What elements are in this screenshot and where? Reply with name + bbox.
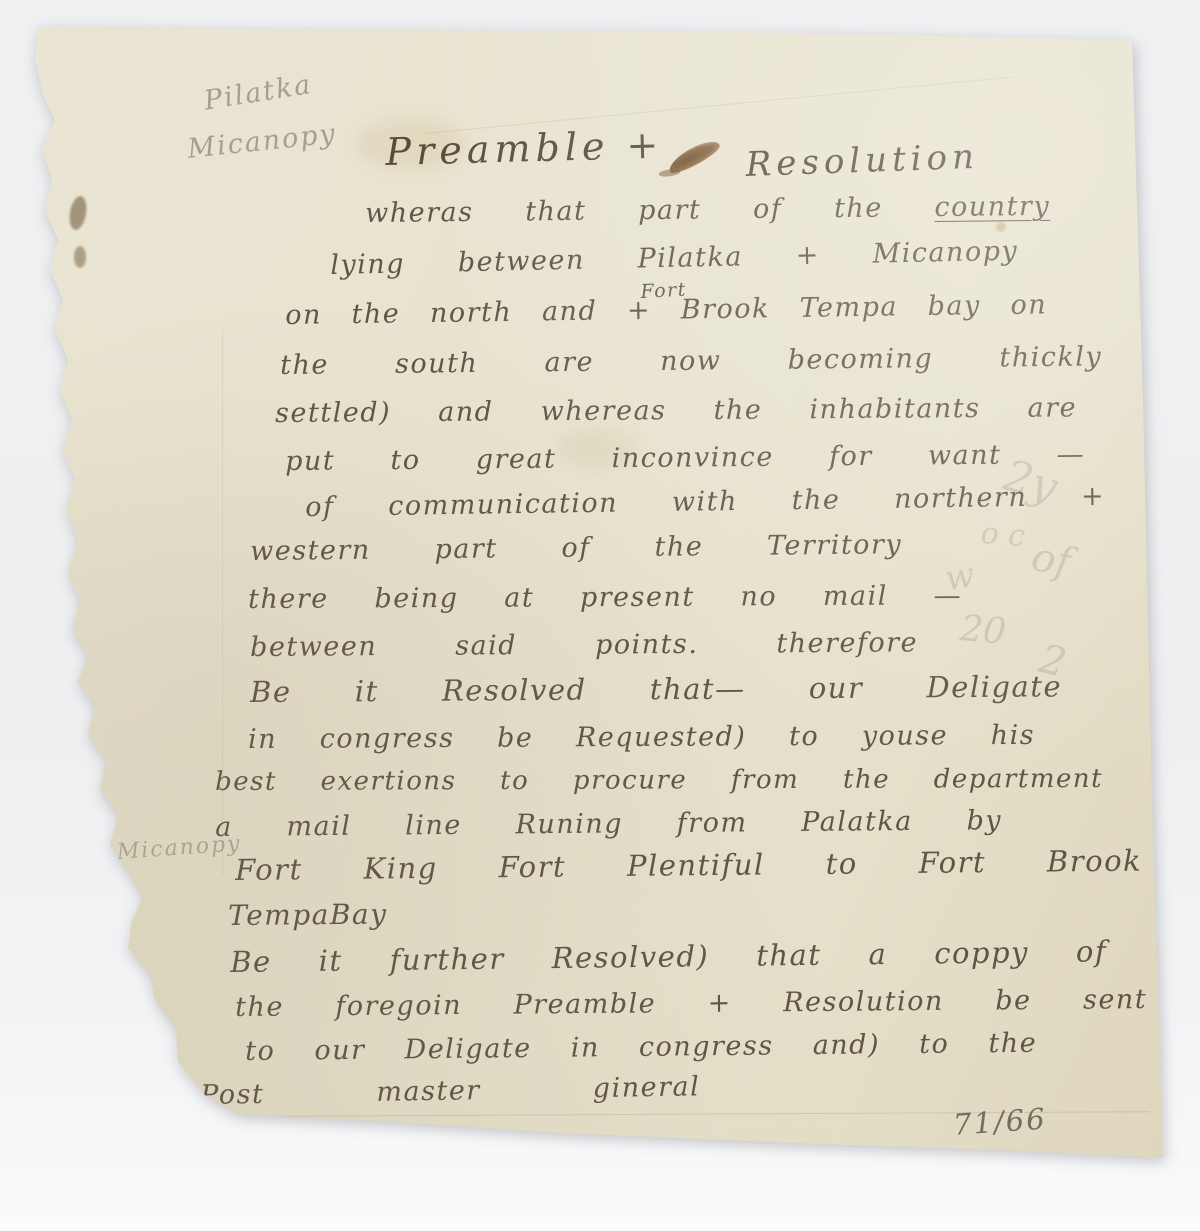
manuscript-line: on the north and + Brook Tempa bay on (285, 289, 1047, 331)
scanned-document-page: Pilatka Micanopy Micanopy 71/66 2y o c o… (0, 0, 1200, 1231)
manuscript-line: wheras that part of the country (365, 191, 1050, 229)
manuscript-title-left: Preamble + (385, 123, 664, 174)
pencil-scribble: 20 (958, 608, 1007, 653)
manuscript-line: between said points. therefore (250, 627, 918, 663)
manuscript-line: lying between Pilatka + Micanopy (330, 236, 1018, 281)
manuscript-line: to our Deligate in congress and) to the (245, 1028, 1037, 1067)
paper-crease (425, 76, 1012, 134)
manuscript-line: TempaBay (228, 899, 388, 933)
paper-shadow-wrap: Pilatka Micanopy Micanopy 71/66 2y o c o… (0, 0, 1200, 1231)
manuscript-line: the foregoin Preamble + Resolution be se… (235, 984, 1147, 1023)
manuscript-line: Post master gineral (200, 1071, 700, 1111)
manuscript-line: settled) and whereas the inhabitants are (275, 392, 1077, 429)
manuscript-line: best exertions to procure from the depar… (215, 765, 1103, 798)
manuscript-line: the south are now becoming thickly (280, 341, 1102, 381)
ink-stain (74, 246, 86, 268)
pencil-scribble: of (1028, 534, 1074, 586)
manuscript-line: a mail line Runing from Palatka by (215, 805, 1002, 843)
manuscript-line: Be it Resolved that— our Deligate (250, 670, 1062, 709)
underlined-word: country (934, 191, 1050, 223)
manuscript-line: Fort King Fort Plentiful to Fort Brook (235, 845, 1142, 888)
pencil-scribble: o c (980, 516, 1027, 554)
ink-stain (67, 195, 89, 231)
manuscript-title-right: Resolution (745, 137, 980, 185)
line-text: wheras that part of the (365, 193, 883, 229)
manuscript-line: in congress be Requested) to youse his (248, 720, 1035, 755)
manuscript-line: western part of the Territory (250, 529, 902, 567)
pencil-annotation-pilatka: Pilatka (202, 69, 314, 117)
manuscript-line: put to great inconvince for want — (285, 439, 1085, 477)
ink-blot (665, 137, 723, 177)
manuscript-paper: Pilatka Micanopy Micanopy 71/66 2y o c o… (0, 0, 1200, 1231)
paper-stain (996, 222, 1006, 232)
manuscript-line: there being at present no mail — (248, 580, 962, 615)
manuscript-line: Be it further Resolved) that a coppy of (230, 935, 1107, 979)
pencil-annotation-micanopy: Micanopy (186, 118, 338, 164)
catalog-number: 71/66 (952, 1101, 1048, 1141)
